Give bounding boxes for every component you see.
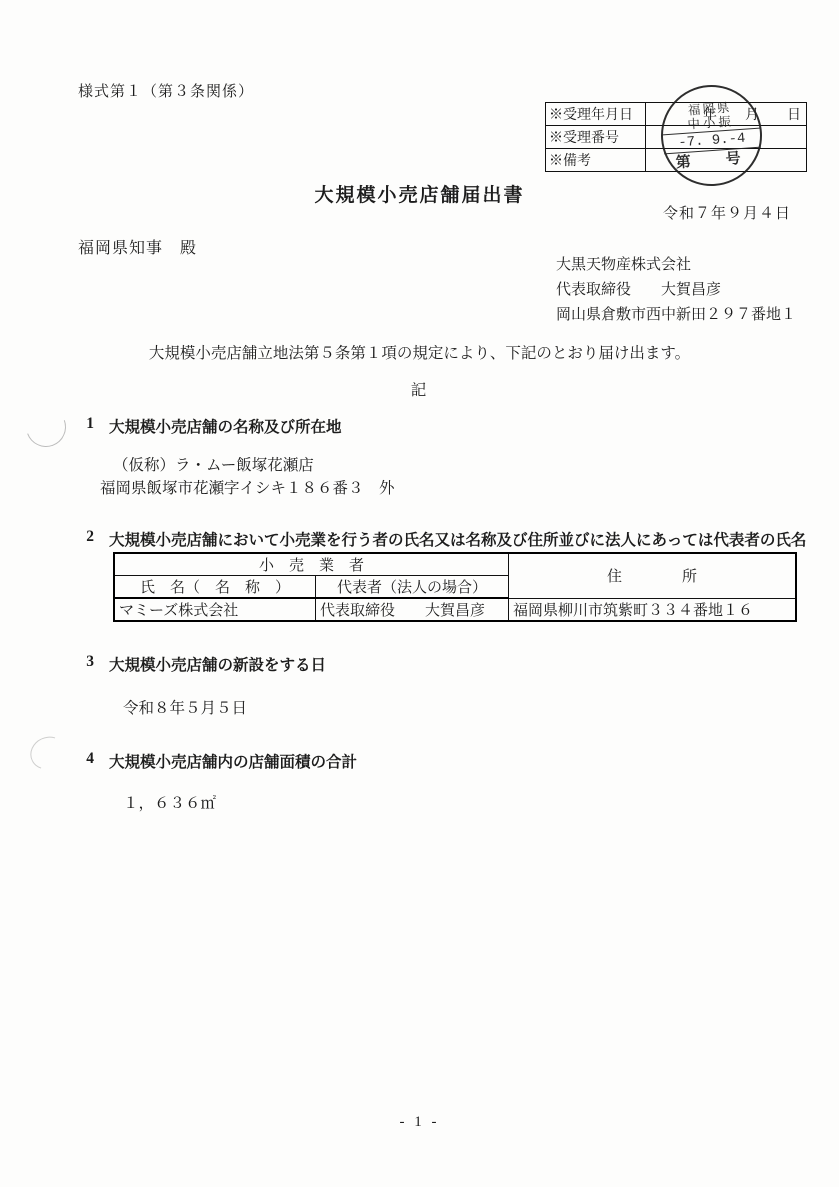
- item-2-heading: 2 大規模小売店舗において小売業を行う者の氏名又は名称及び住所並びに法人にあって…: [84, 528, 806, 550]
- stamp-number-text: 第 号: [675, 149, 751, 172]
- page-number: - 1 -: [0, 1114, 839, 1131]
- item-1-number: 1: [84, 415, 94, 437]
- item-3-number: 3: [84, 653, 94, 675]
- item-2-title: 大規模小売店舗において小売業を行う者の氏名又は名称及び住所並びに法人にあっては代…: [109, 528, 806, 550]
- address-column-header: 住 所: [509, 553, 797, 598]
- form-code: 様式第１（第３条関係）: [78, 80, 254, 101]
- document-page: 様式第１（第３条関係） ※受理年月日 年 月 日 ※受理番号 ※備考 福岡県 中…: [0, 0, 839, 1187]
- punch-hole-mark-bottom: [25, 731, 71, 775]
- store-name: （仮称）ラ・ムー飯塚花瀬店: [113, 453, 314, 475]
- sender-representative: 代表取締役 大賀昌彦: [556, 278, 796, 303]
- retailer-table-group-row: 小 売 業 者 住 所: [114, 553, 796, 576]
- item-4-title: 大規模小売店舗内の店舗面積の合計: [109, 750, 357, 772]
- retailer-rep-cell: 代表取締役 大賀昌彦: [316, 598, 509, 621]
- sender-address: 岡山県倉敷市西中新田２９７番地１: [556, 303, 796, 328]
- punch-hole-mark-top: [19, 400, 72, 453]
- ki-heading: 記: [0, 378, 839, 400]
- reception-stamp: 福岡県 中小振 -7. 9.-4 第 号: [658, 82, 766, 190]
- sender-block: 大黒天物産株式会社 代表取締役 大賀昌彦 岡山県倉敷市西中新田２９７番地１: [556, 253, 796, 328]
- item-4-heading: 4 大規模小売店舗内の店舗面積の合計: [84, 750, 357, 772]
- item-4-number: 4: [84, 750, 94, 772]
- item-3-title: 大規模小売店舗の新設をする日: [109, 653, 326, 675]
- document-date: 令和７年９月４日: [663, 202, 791, 223]
- retailer-name-cell: マミーズ株式会社: [114, 598, 316, 621]
- retailer-group-header: 小 売 業 者: [114, 553, 509, 576]
- item-1-heading: 1 大規模小売店舗の名称及び所在地: [84, 415, 342, 437]
- addressee: 福岡県知事 殿: [78, 235, 197, 258]
- item-2-number: 2: [84, 528, 94, 550]
- retailer-table-data-row: マミーズ株式会社 代表取締役 大賀昌彦 福岡県柳川市筑紫町３３４番地１６: [114, 598, 796, 621]
- receipt-number-label: ※受理番号: [546, 126, 646, 149]
- retailer-address-cell: 福岡県柳川市筑紫町３３４番地１６: [509, 598, 797, 621]
- opening-date: 令和８年５月５日: [123, 696, 247, 718]
- total-floor-area: １，６３６㎡: [123, 791, 216, 813]
- rep-column-header: 代表者（法人の場合）: [316, 576, 509, 599]
- item-3-heading: 3 大規模小売店舗の新設をする日: [84, 653, 326, 675]
- receipt-remarks-label: ※備考: [546, 149, 646, 172]
- retailer-table: 小 売 業 者 住 所 氏 名（ 名 称 ） 代表者（法人の場合） マミーズ株式…: [113, 552, 797, 622]
- store-address: 福岡県飯塚市花瀬字イシキ１８６番３ 外: [100, 476, 395, 498]
- item-1-title: 大規模小売店舗の名称及び所在地: [109, 415, 342, 437]
- receipt-date-label: ※受理年月日: [546, 103, 646, 126]
- notification-statement: 大規模小売店舗立地法第５条第１項の規定により、下記のとおり届け出ます。: [0, 341, 839, 363]
- name-column-header: 氏 名（ 名 称 ）: [114, 576, 316, 599]
- sender-company: 大黒天物産株式会社: [556, 253, 796, 278]
